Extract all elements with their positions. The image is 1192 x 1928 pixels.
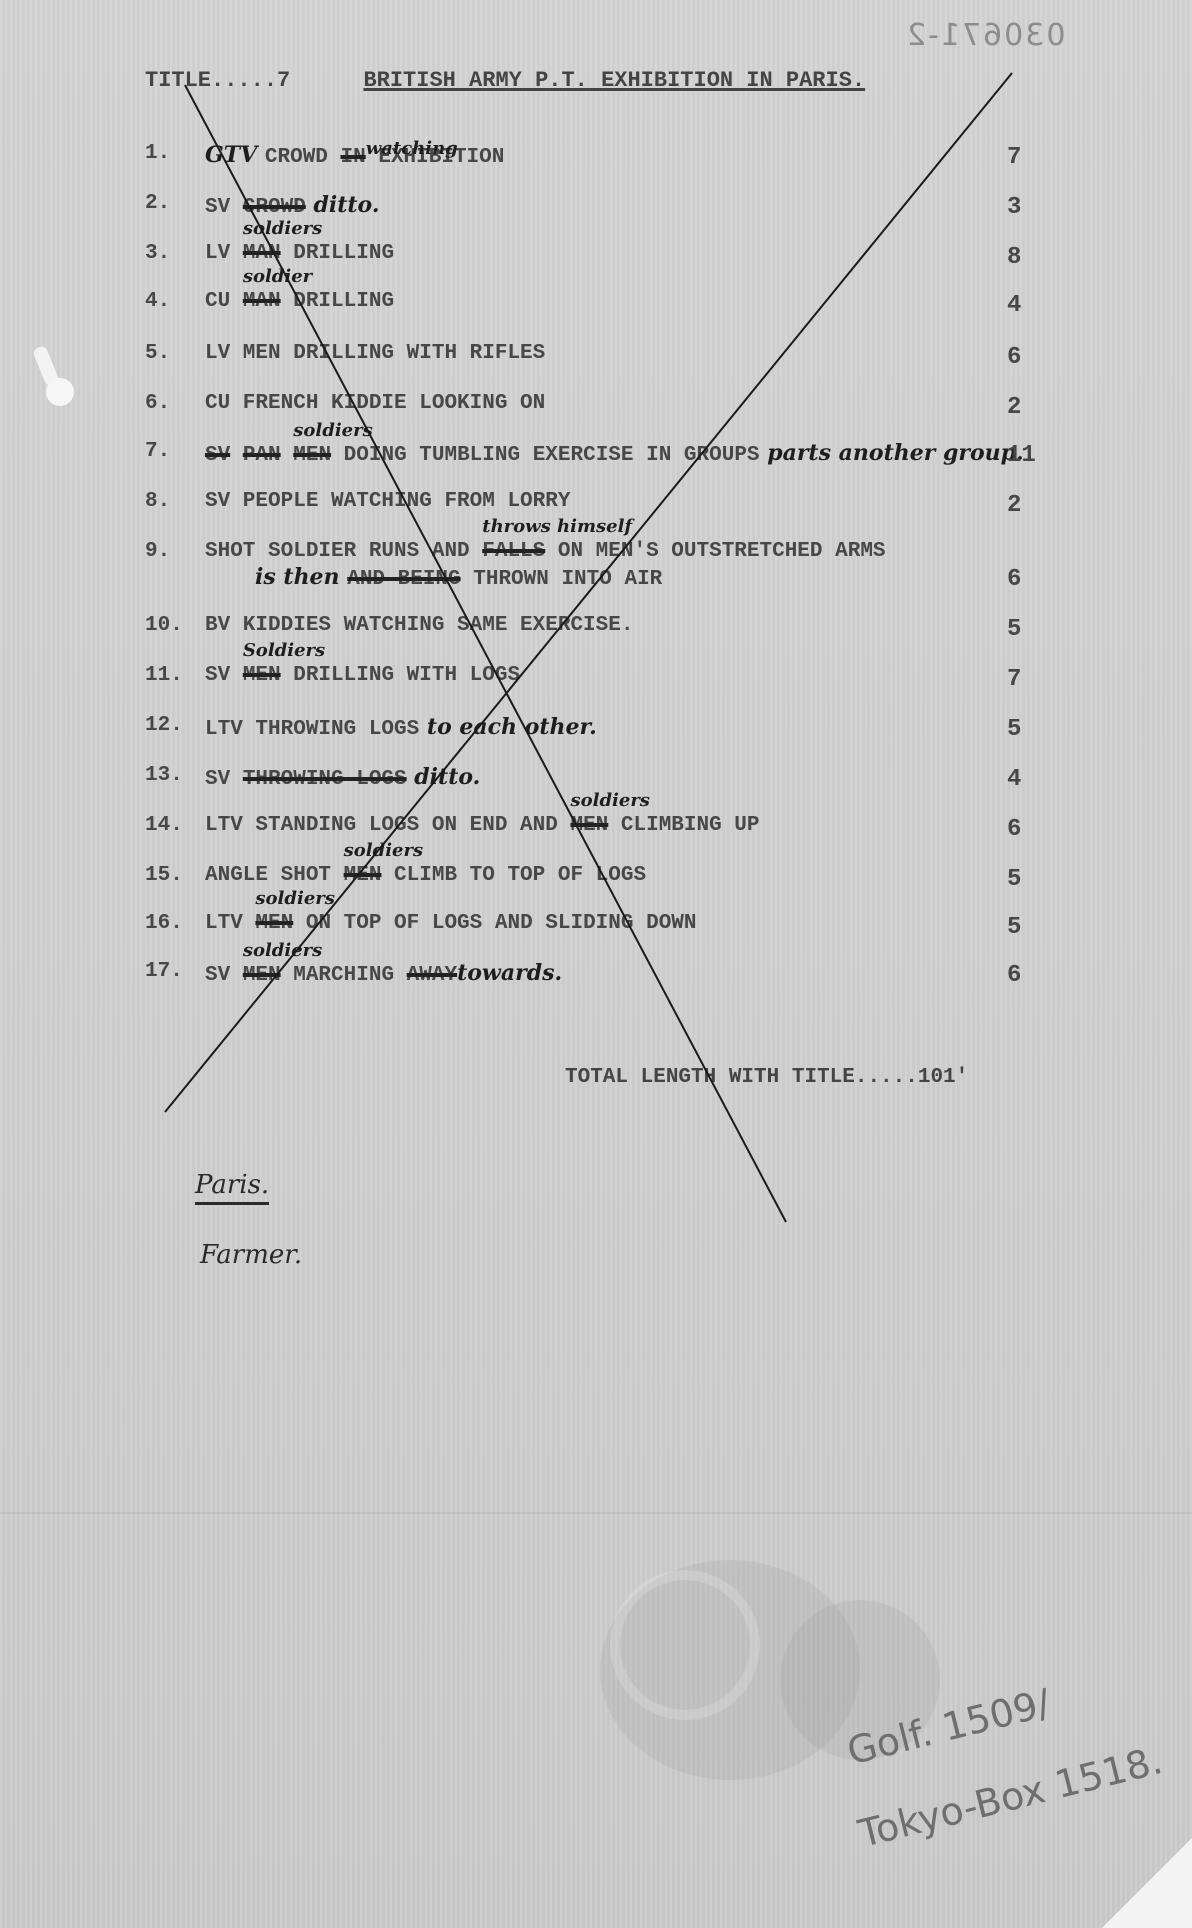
cross-stroke-2	[185, 85, 786, 1222]
cancel-cross	[0, 0, 1192, 1928]
cross-stroke-1	[165, 73, 1012, 1112]
